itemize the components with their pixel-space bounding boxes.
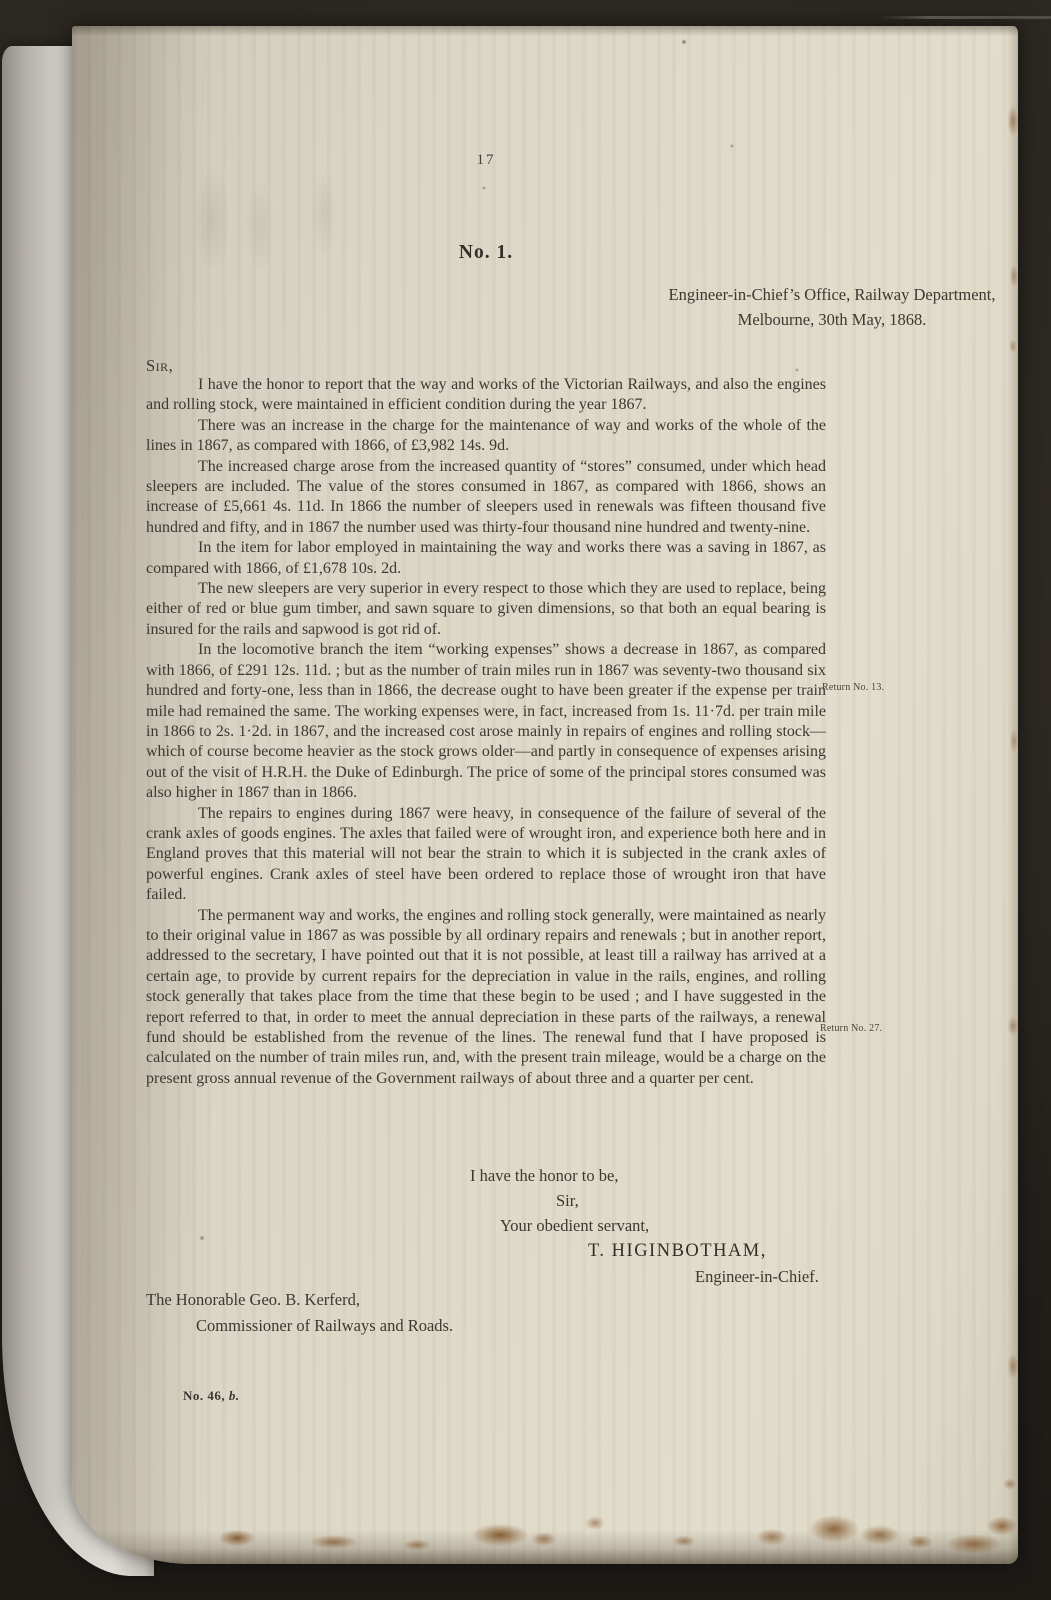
paragraph: The increased charge arose from the incr… xyxy=(146,457,826,539)
paragraph: The permanent way and works, the engines… xyxy=(146,906,826,1090)
closing-line: Your obedient servant, xyxy=(500,1213,826,1238)
closing-line: Sir, xyxy=(556,1188,826,1213)
addressee-block: The Honorable Geo. B. Kerferd, Commissio… xyxy=(146,1287,453,1339)
paragraph: In the item for labor employed in mainta… xyxy=(146,538,826,579)
signature-title: Engineer-in-Chief. xyxy=(695,1264,826,1289)
footer-note-number: No. 46, xyxy=(183,1388,229,1403)
photo-background: 17 No. 1. Engineer-in-Chief’s Office, Ra… xyxy=(0,0,1051,1600)
closing-block: I have the honor to be, Sir, Your obedie… xyxy=(146,1163,826,1289)
paragraph: The new sleepers are very superior in ev… xyxy=(146,579,826,640)
footer-note: No. 46, b. xyxy=(183,1388,240,1404)
addressee-line: The Honorable Geo. B. Kerferd, xyxy=(146,1287,453,1313)
address-block: Engineer-in-Chief’s Office, Railway Depa… xyxy=(492,282,1051,332)
margin-note: Return No. 27. xyxy=(820,1023,930,1034)
address-line: Engineer-in-Chief’s Office, Railway Depa… xyxy=(492,282,1051,307)
page-number: 17 xyxy=(146,152,826,169)
signature: T. HIGINBOTHAM, xyxy=(588,1239,826,1264)
top-page-edge-highlight xyxy=(880,16,1051,19)
footer-note-letter: b. xyxy=(229,1388,240,1403)
paragraph: There was an increase in the charge for … xyxy=(146,416,826,457)
margin-note: Return No. 13. xyxy=(822,682,932,693)
salutation: Sir, xyxy=(146,356,173,376)
letter-body: I have the honor to report that the way … xyxy=(146,375,826,1089)
closing-line: I have the honor to be, xyxy=(470,1163,826,1188)
paragraph: In the locomotive branch the item “worki… xyxy=(146,640,826,803)
document-page: 17 No. 1. Engineer-in-Chief’s Office, Ra… xyxy=(72,26,1018,1564)
addressee-line: Commissioner of Railways and Roads. xyxy=(196,1313,453,1339)
paragraph: I have the honor to report that the way … xyxy=(146,375,826,416)
address-line: Melbourne, 30th May, 1868. xyxy=(492,307,1051,332)
paragraph: The repairs to engines during 1867 were … xyxy=(146,804,826,906)
section-heading: No. 1. xyxy=(146,242,826,264)
